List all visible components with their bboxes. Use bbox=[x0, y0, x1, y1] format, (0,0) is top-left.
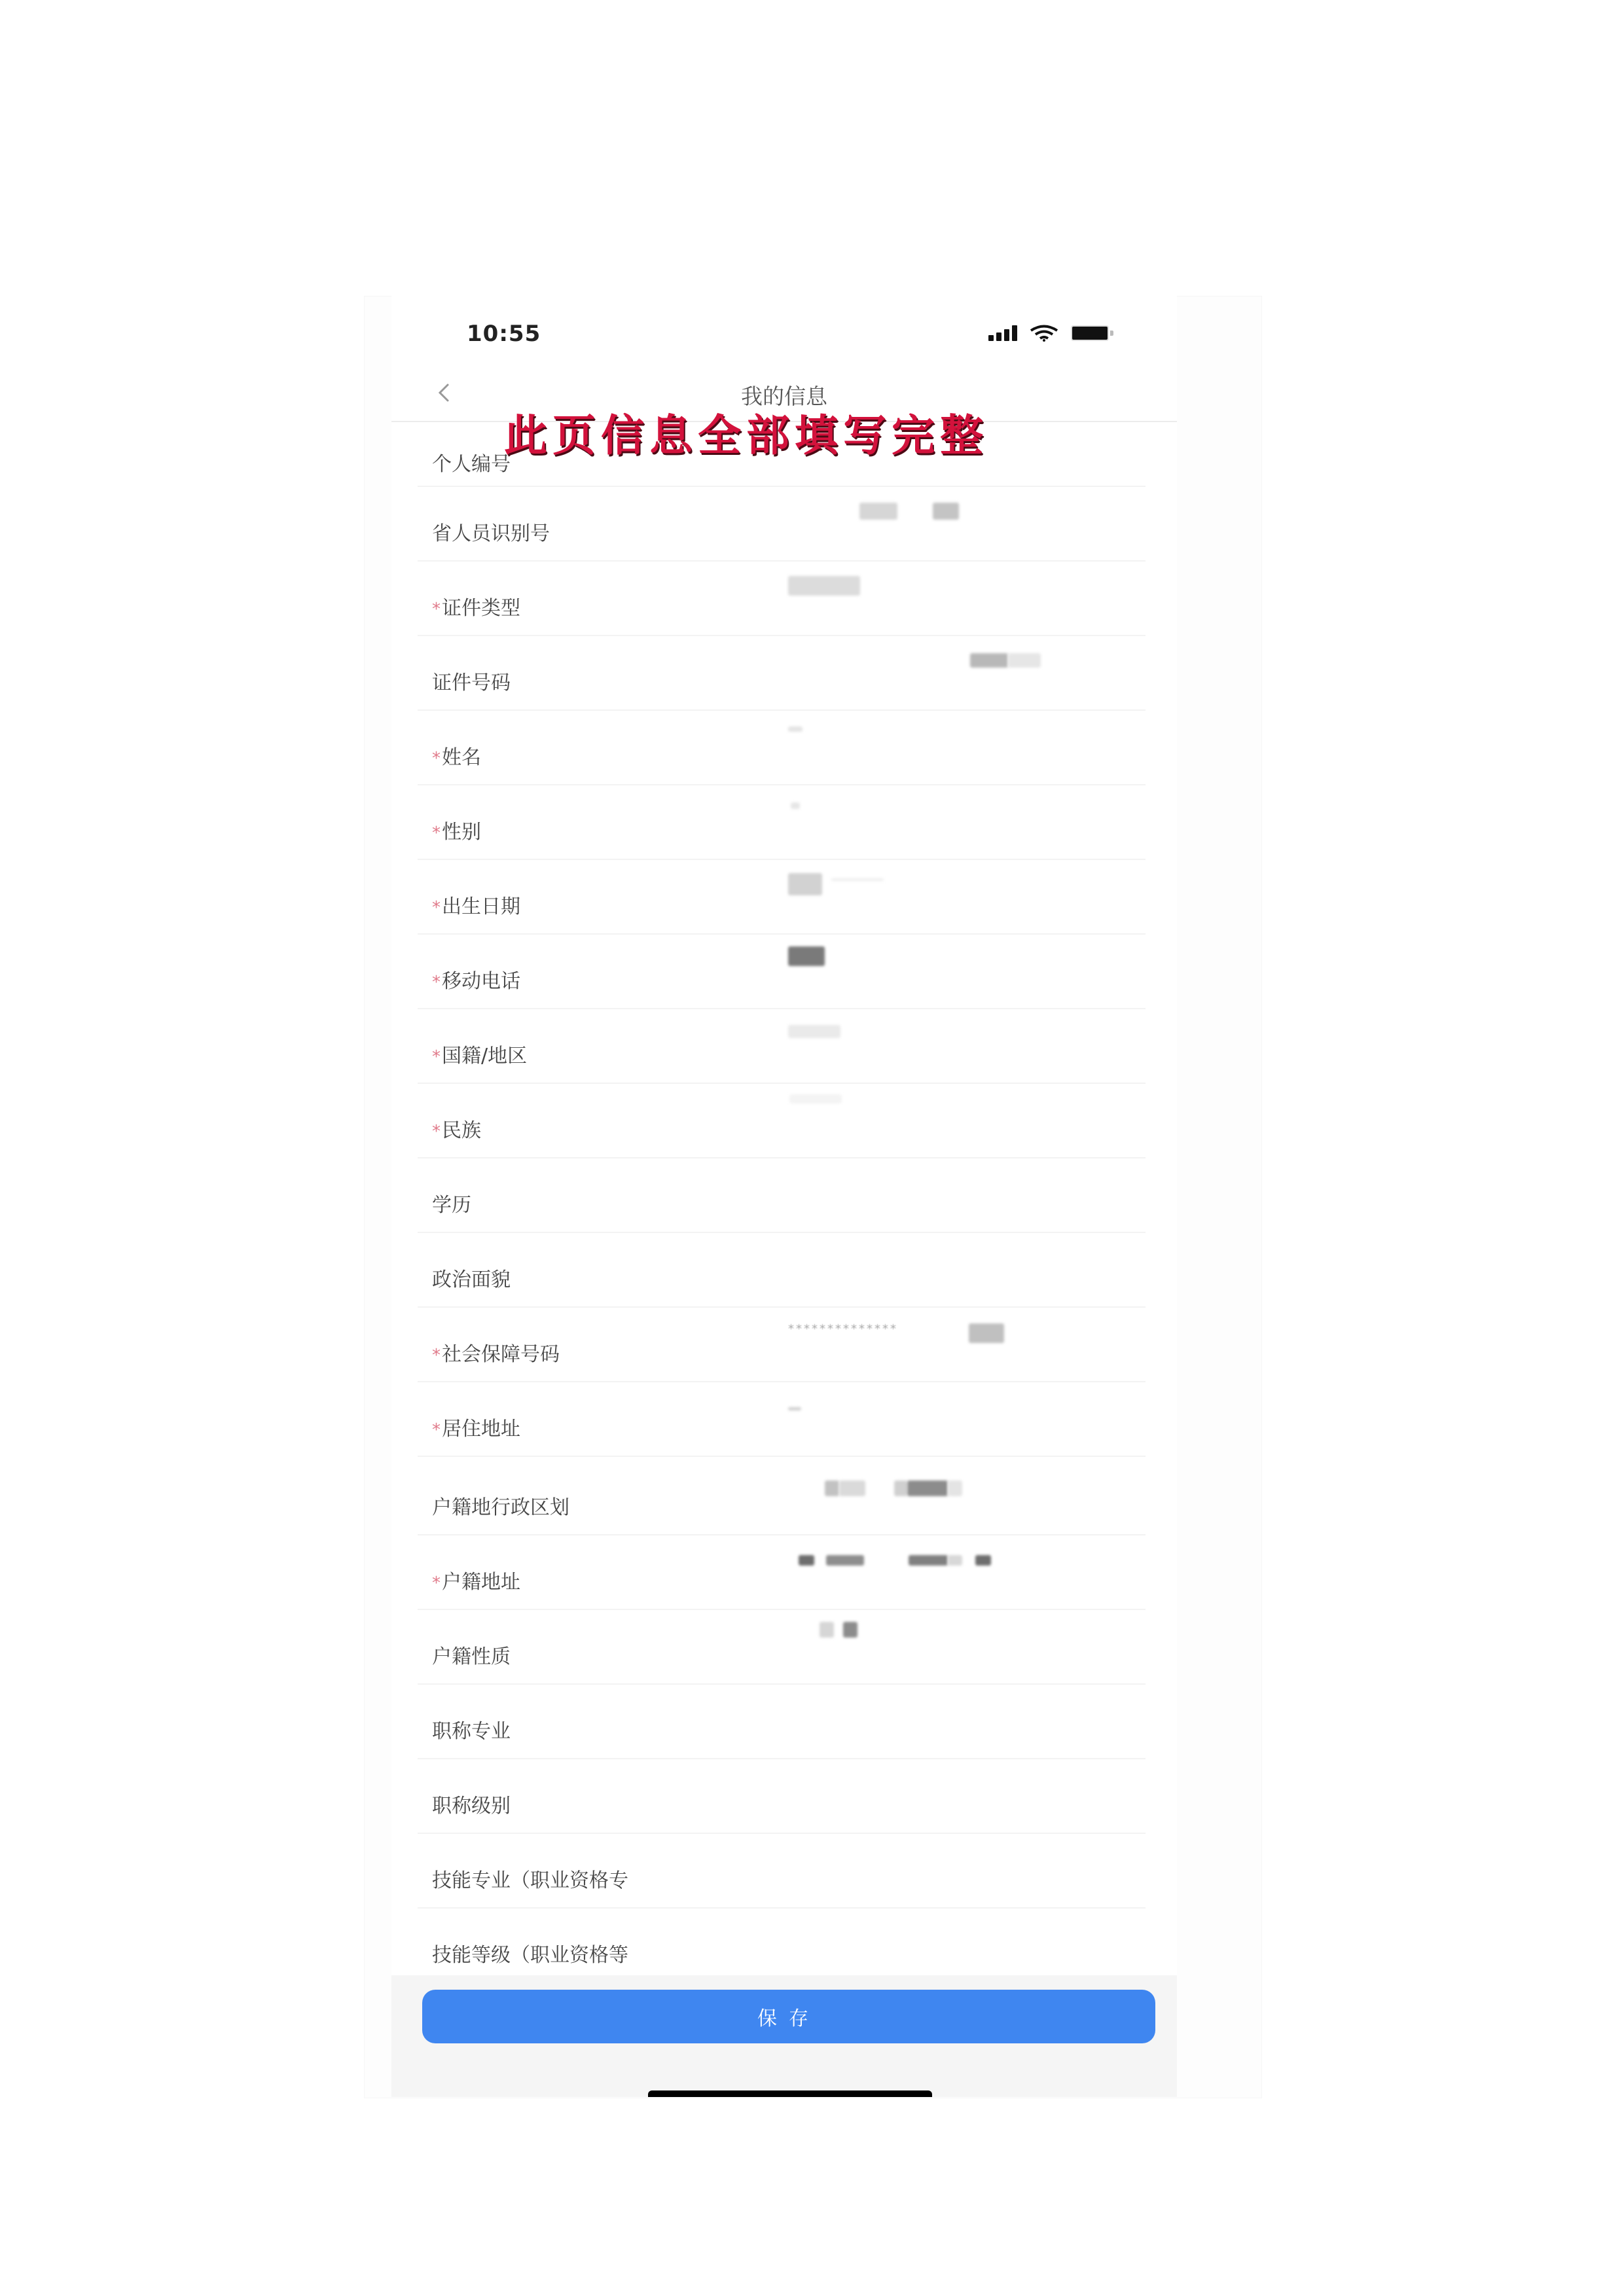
field-label: *户籍地址 bbox=[432, 1566, 520, 1594]
field-row-ethnicity[interactable]: *民族 bbox=[418, 1084, 1146, 1158]
field-label: 户籍性质 bbox=[432, 1640, 511, 1669]
field-label: *证件类型 bbox=[432, 592, 520, 620]
overlay-notice: 此页信息全部填写完整 bbox=[504, 401, 988, 463]
field-row-provincial-person-id[interactable]: 省人员识别号 bbox=[418, 487, 1146, 562]
home-indicator bbox=[648, 2090, 932, 2097]
field-label: *姓名 bbox=[432, 741, 481, 770]
field-row-household-admin-division[interactable]: 户籍地行政区划 bbox=[418, 1457, 1146, 1535]
field-row-social-security-number[interactable]: *社会保障号码 ************** bbox=[418, 1308, 1146, 1382]
signal-icon bbox=[988, 325, 1017, 341]
field-row-title-specialty[interactable]: 职称专业 bbox=[418, 1685, 1146, 1759]
field-label: *国籍/地区 bbox=[432, 1039, 527, 1068]
field-value-redacted bbox=[758, 805, 1125, 825]
field-row-id-number[interactable]: 证件号码 bbox=[418, 636, 1146, 711]
wifi-icon bbox=[1029, 325, 1059, 342]
footer-bar: 保存 bbox=[391, 1975, 1177, 2097]
field-row-household-address[interactable]: *户籍地址 bbox=[418, 1535, 1146, 1610]
field-label: 政治面貌 bbox=[432, 1263, 511, 1292]
field-row-gender[interactable]: *性别 bbox=[418, 785, 1146, 860]
field-label: *出生日期 bbox=[432, 890, 520, 919]
field-row-skill-specialty[interactable]: 技能专业（职业资格专 bbox=[418, 1834, 1146, 1909]
field-value-redacted bbox=[758, 1555, 1125, 1575]
field-row-title-level[interactable]: 职称级别 bbox=[418, 1759, 1146, 1834]
field-label: *社会保障号码 bbox=[432, 1338, 560, 1367]
field-label: 职称专业 bbox=[432, 1715, 511, 1744]
field-value-redacted bbox=[758, 656, 1125, 675]
field-value-masked: ************** bbox=[758, 1327, 1125, 1347]
field-row-residential-address[interactable]: *居住地址 bbox=[418, 1382, 1146, 1457]
field-value-redacted bbox=[758, 581, 1125, 601]
field-label: 学历 bbox=[432, 1189, 471, 1217]
field-label: 省人员识别号 bbox=[432, 517, 550, 546]
field-value-redacted bbox=[758, 1029, 1125, 1049]
field-label: *移动电话 bbox=[432, 965, 520, 994]
field-label: 技能专业（职业资格专 bbox=[432, 1864, 628, 1893]
field-value-redacted bbox=[758, 507, 1125, 526]
field-row-household-type[interactable]: 户籍性质 bbox=[418, 1610, 1146, 1685]
save-button[interactable]: 保存 bbox=[422, 1990, 1155, 2043]
field-label: 证件号码 bbox=[432, 666, 511, 695]
status-time: 10:55 bbox=[467, 321, 541, 347]
status-icons bbox=[988, 325, 1113, 342]
field-value-redacted bbox=[758, 1103, 1125, 1123]
field-row-birth-date[interactable]: *出生日期 bbox=[418, 860, 1146, 935]
field-label: *性别 bbox=[432, 816, 481, 844]
field-row-mobile-phone[interactable]: *移动电话 bbox=[418, 935, 1146, 1009]
field-label: 户籍地行政区划 bbox=[432, 1491, 569, 1520]
field-value-redacted bbox=[758, 1480, 1125, 1500]
field-label: 个人编号 bbox=[432, 448, 511, 476]
field-row-skill-level[interactable]: 技能等级（职业资格等 bbox=[418, 1909, 1146, 1982]
field-value-redacted bbox=[758, 1402, 1125, 1422]
battery-icon bbox=[1071, 325, 1113, 341]
field-value-redacted bbox=[758, 1622, 1125, 1641]
field-value-redacted bbox=[758, 880, 1125, 899]
field-value-redacted bbox=[758, 730, 1125, 750]
field-label: 技能等级（职业资格等 bbox=[432, 1939, 628, 1967]
field-row-id-type[interactable]: *证件类型 bbox=[418, 562, 1146, 636]
field-row-education[interactable]: 学历 bbox=[418, 1158, 1146, 1233]
field-row-political-status[interactable]: 政治面貌 bbox=[418, 1233, 1146, 1308]
field-row-name[interactable]: *姓名 bbox=[418, 711, 1146, 785]
info-form: 个人编号 省人员识别号 *证件类型 证件号码 *姓名 bbox=[391, 433, 1177, 1982]
field-label: *民族 bbox=[432, 1114, 481, 1143]
field-row-nationality[interactable]: *国籍/地区 bbox=[418, 1009, 1146, 1084]
phone-screen: 10:55 我的信息 此页信息全部填写完整 个人编号 省人员识别号 bbox=[391, 296, 1177, 2097]
field-label: 职称级别 bbox=[432, 1789, 511, 1818]
field-value-redacted bbox=[758, 954, 1125, 974]
field-label: *居住地址 bbox=[432, 1412, 520, 1441]
